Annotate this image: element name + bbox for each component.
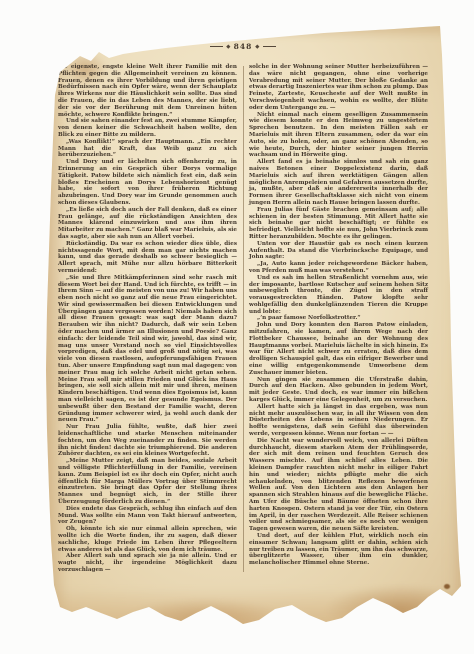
- paragraph: Allert fand es ja beinahe sinnlos und sa…: [249, 159, 428, 207]
- paragraph: die eigenste, engste kleine Welt ihrer F…: [58, 64, 237, 118]
- paragraph: Rückständig. Da war es schon wieder dies…: [58, 241, 237, 275]
- paragraph: Oh, könnte ich sie nur einmal allein spr…: [58, 526, 237, 553]
- paragraph: „Es ließe sich doch auch der Fall denken…: [58, 207, 237, 241]
- paragraph: Dies endete das Gespräch, schlug ihn ein…: [58, 506, 237, 526]
- header-rule-left: [210, 46, 223, 47]
- two-column-layout: die eigenste, engste kleine Welt ihrer F…: [58, 64, 428, 574]
- paragraph: „Was Konflikt!“ sprach der Hauptmann. „E…: [58, 139, 237, 159]
- paper-torn-flap-right: [325, 584, 474, 636]
- paragraph: „Ja, Auto kann jeder reichgewordene Bäck…: [249, 261, 428, 275]
- page-number: 848: [234, 42, 253, 51]
- right-column: solche in der Wohnung seiner Mutter herb…: [249, 64, 428, 574]
- paper-dark-spot: [444, 584, 450, 589]
- scanned-book-page-photo: 848 die eigenste, engste kleine Welt ihr…: [0, 0, 474, 654]
- paragraph: Aber Allert sah und sprach sie ja nie al…: [58, 553, 237, 573]
- paragraph: John und Dory konnten den Baron Patow ei…: [249, 322, 428, 376]
- paragraph: solche in der Wohnung seiner Mutter herb…: [249, 64, 428, 112]
- paragraph: Nicht einmal nach einem geselligen Zusam…: [249, 112, 428, 160]
- column-divider-rule: [243, 66, 244, 572]
- paragraph: „Sie und Ihre Mitkämpferinnen sind sehr …: [58, 275, 237, 425]
- paragraph: Nur Frau Julia fühlte, wußte, daß hier z…: [58, 424, 237, 458]
- paragraph: Und Dory und er lächelten sich offenherz…: [58, 159, 237, 207]
- page-header: 848: [58, 40, 428, 52]
- paper-stain-bottom-edge: [0, 588, 474, 648]
- paragraph: Die Nacht war wundervoll weich, von alle…: [249, 438, 428, 533]
- header-ornament-right: [256, 44, 260, 48]
- book-page: 848 die eigenste, engste kleine Welt ihr…: [0, 0, 474, 654]
- header-rule-right: [263, 46, 276, 47]
- paragraph: Nun gingen sie zusammen die Uferstraße d…: [249, 377, 428, 404]
- paper-stain-top-edge: [70, 24, 460, 40]
- paragraph: „’n paar famose Norfolkstrotter.“: [249, 315, 428, 322]
- paragraph: Unten vor der Haustür gab es noch einen …: [249, 241, 428, 261]
- paper-stain-right-edge: [450, 40, 466, 614]
- paper-torn-flap-left: [125, 598, 285, 640]
- header-ornament-left: [227, 44, 231, 48]
- paragraph: Allert hatte sich ja längst in das ergeb…: [249, 404, 428, 438]
- paragraph: Und sie sahen einander fest an, zwei stu…: [58, 118, 237, 138]
- paragraph: Und dort, auf der kühlen Flut, wirklich …: [249, 533, 428, 567]
- paragraph: Frau Julias fünf Gäste brachen gemeinsam…: [249, 207, 428, 241]
- paragraph: Und es sah im hellen Straßenlicht vorneh…: [249, 275, 428, 316]
- paragraph: „Meine Mutter zeigt, daß man beides, soz…: [58, 458, 237, 506]
- printed-text-block: 848 die eigenste, engste kleine Welt ihr…: [58, 40, 428, 574]
- left-column: die eigenste, engste kleine Welt ihrer F…: [58, 64, 237, 574]
